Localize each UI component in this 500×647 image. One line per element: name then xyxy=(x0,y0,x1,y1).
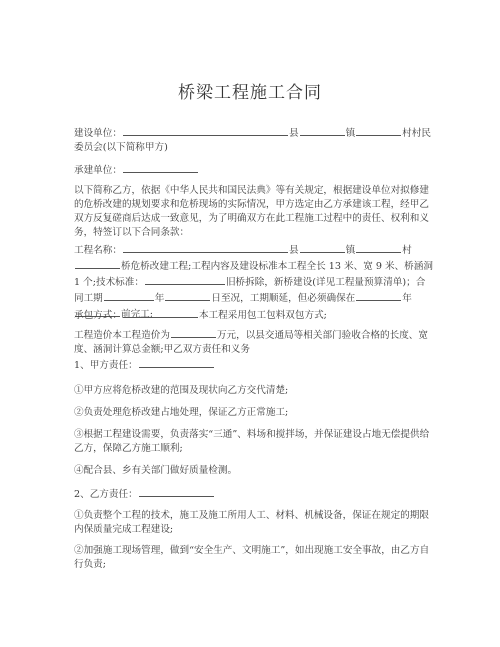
paragraph-party-a-heading: 1、甲方责任： xyxy=(74,357,434,373)
fill-in-blank xyxy=(123,242,288,253)
paragraph-party-b-heading: 2、乙方责任： xyxy=(74,486,434,502)
text-segment: 县 xyxy=(289,128,299,139)
paragraph-party-b-2: ②加强施工现场管理，做到“安全生产、文明施工”，如出现施工安全事故，由乙方自行负… xyxy=(74,544,434,572)
text-segment: 县 xyxy=(289,245,299,256)
fill-in-blank xyxy=(165,290,210,301)
text-segment: 工程名称： xyxy=(74,245,122,256)
paragraph-contract-method: 承包方式：本工程采用包工包料双包方式; xyxy=(74,307,434,323)
text-segment: 以下简称乙方，依据《中华人民共和国民法典》等有关规定，根据建设单位对拟修建的危桥… xyxy=(74,185,429,238)
paragraph-party-a-1: ①甲方应将危桥改建的范围及现状向乙方交代清楚; xyxy=(74,384,434,398)
fill-in-blank xyxy=(139,486,214,497)
document-page: 桥梁工程施工合同 建设单位：县镇村村民委员会(以下简称甲方)承建单位：以下简称乙… xyxy=(0,0,500,647)
text-segment: ②负责处理危桥改建占地处理，保证乙方正常施工; xyxy=(74,407,288,418)
text-segment: 工程造价本工程造价为 xyxy=(74,330,170,341)
text-segment: ②加强施工现场管理，做到“安全生产、文明施工”，如出现施工安全事故，由乙方自行负… xyxy=(74,545,429,570)
text-segment: 镇 xyxy=(346,245,356,256)
text-segment: 本工程采用包工包料双包方式; xyxy=(199,310,327,321)
paragraph-contractor: 承建单位： xyxy=(74,162,434,178)
fill-in-blank xyxy=(300,242,345,253)
paragraph-employer: 建设单位：县镇村村民委员会(以下简称甲方) xyxy=(74,125,434,155)
text-segment: ③根据工程建设需要，负责落实“三通”、料场和搅拌场，并保证建设占地无偿提供给乙方… xyxy=(74,429,429,454)
fill-in-blank xyxy=(123,162,198,173)
fill-in-blank xyxy=(356,125,401,136)
paragraph-party-a-3: ③根据工程建设需要，负责落实“三通”、料场和搅拌场，并保证建设占地无偿提供给乙方… xyxy=(74,428,434,456)
paragraph-cost: 工程造价本工程造价为万元，以县交通局等相关部门验收合格的长度、宽度、涵洞计算总金… xyxy=(74,327,434,357)
text-segment: 2、乙方责任： xyxy=(74,489,138,500)
text-segment: 承包方式： xyxy=(74,310,122,321)
fill-in-blank xyxy=(123,307,198,318)
fill-in-blank xyxy=(300,125,345,136)
text-segment: 承建单位： xyxy=(74,165,122,176)
paragraph-party-a-2: ②负责处理危桥改建占地处理，保证乙方正常施工; xyxy=(74,406,434,420)
fill-in-blank xyxy=(145,274,225,285)
fill-in-blank xyxy=(356,242,401,253)
text-segment: 村 xyxy=(402,245,412,256)
text-segment: 1、甲方责任： xyxy=(74,360,138,371)
text-segment: 镇 xyxy=(346,128,356,139)
fill-in-blank xyxy=(104,290,154,301)
fill-in-blank xyxy=(123,125,288,136)
text-segment: 建设单位： xyxy=(74,128,122,139)
text-segment: 日至况，工期顺延，但必须确保在 xyxy=(211,293,355,304)
fill-in-blank xyxy=(139,357,214,368)
paragraph-party-b-1: ①负责整个工程的技术，施工及施工所用人工、材料、机械设备，保证在规定的期限内保质… xyxy=(74,509,434,537)
document-title: 桥梁工程施工合同 xyxy=(0,78,500,103)
text-segment: ①甲方应将危桥改建的范围及现状向乙方交代清楚; xyxy=(74,385,288,396)
fill-in-blank xyxy=(171,327,216,338)
text-segment: ①负责整个工程的技术，施工及施工所用人工、材料、机械设备，保证在规定的期限内保质… xyxy=(74,510,429,535)
paragraph-party-a-4: ④配合县、乡有关部门做好质量检测。 xyxy=(74,464,434,478)
fill-in-blank xyxy=(75,258,120,269)
text-segment: 年 xyxy=(402,293,412,304)
text-segment: 年 xyxy=(155,293,165,304)
fill-in-blank xyxy=(356,290,401,301)
text-segment: ④配合县、乡有关部门做好质量检测。 xyxy=(74,465,237,476)
paragraph-preamble: 以下简称乙方，依据《中华人民共和国民法典》等有关规定，根据建设单位对拟修建的危桥… xyxy=(74,184,434,240)
